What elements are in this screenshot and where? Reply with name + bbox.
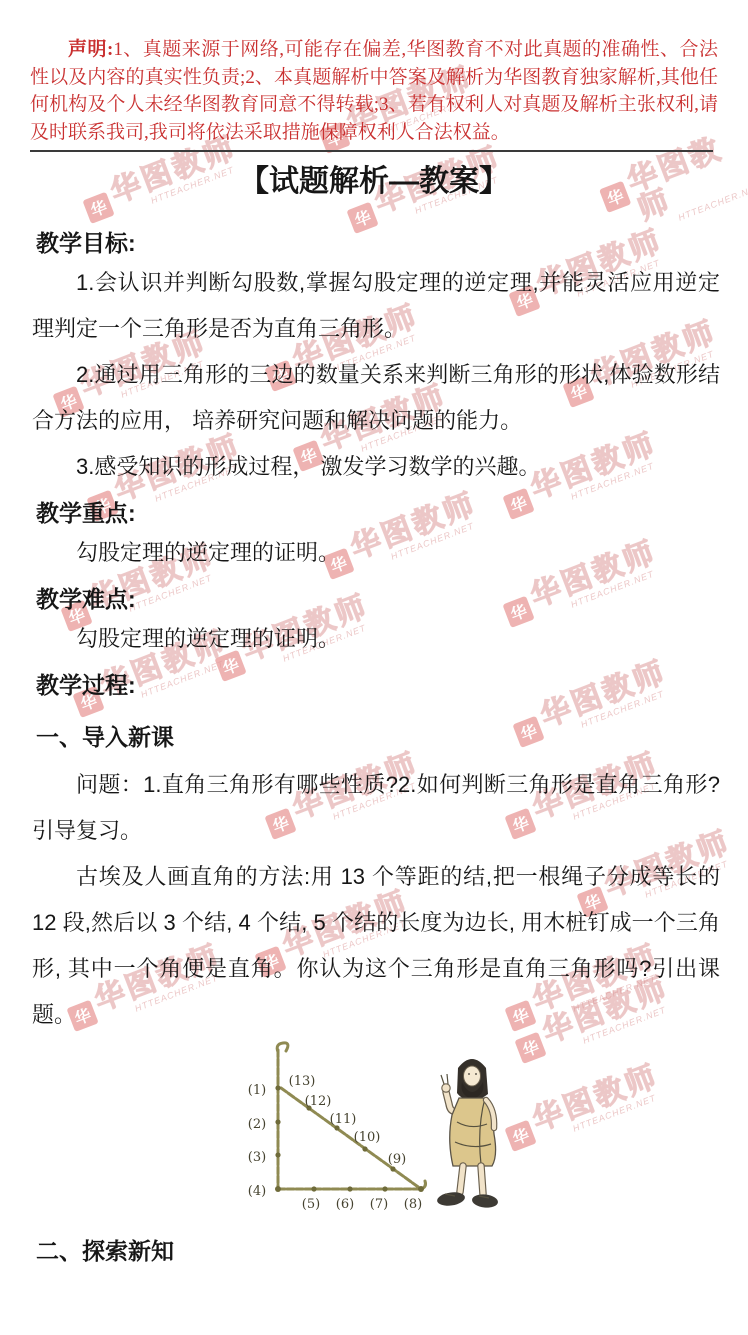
svg-text:(1): (1) — [248, 1083, 266, 1098]
svg-text:(2): (2) — [248, 1117, 266, 1132]
rope-hypotenuse — [281, 1088, 421, 1189]
paragraph-difficulties: 勾股定理的逆定理的证明。 — [32, 616, 720, 662]
svg-text:(3): (3) — [248, 1150, 266, 1165]
paragraph-objective-3: 3.感受知识的形成过程， 激发学习数学的兴趣。 — [32, 444, 720, 490]
svg-text:(7): (7) — [370, 1197, 388, 1212]
heading-process: 教学过程: — [36, 668, 718, 702]
paragraph-objective-2: 2.通过用三角形的三边的数量关系来判断三角形的形状,体验数形结合方法的应用， 培… — [32, 352, 720, 444]
page-root: 华华图教师HTTEACHER.NET华华图教师HTTEACHER.NET华华图教… — [0, 0, 748, 1335]
svg-text:(11): (11) — [330, 1112, 357, 1127]
heading-difficulties: 教学难点: — [36, 582, 718, 616]
rope-triangle: (1) (2) (3) (4) (5) (6) (7) (8) (13) (12… — [248, 1043, 426, 1212]
svg-text:(8): (8) — [404, 1197, 422, 1212]
divider-line — [30, 150, 713, 152]
disclaimer-text: 声明:1、真题来源于网络,可能存在偏差,华图教育不对此真题的准确性、合法性以及内… — [30, 0, 718, 146]
svg-text:(6): (6) — [336, 1197, 354, 1212]
disclaimer-label: 声明: — [68, 39, 113, 60]
heading-objectives: 教学目标: — [36, 226, 718, 260]
paragraph-key-points: 勾股定理的逆定理的证明。 — [32, 530, 720, 576]
rope-triangle-illustration: (1) (2) (3) (4) (5) (6) (7) (8) (13) (12… — [245, 1038, 521, 1216]
heading-section-1: 一、导入新课 — [36, 720, 718, 754]
svg-text:(10): (10) — [354, 1130, 381, 1145]
egyptian-man-sketch — [436, 1059, 498, 1209]
page-title: 【试题解析—教案】 — [0, 162, 748, 202]
heading-key-points: 教学重点: — [36, 496, 718, 530]
document-content: 声明:1、真题来源于网络,可能存在偏差,华图教育不对此真题的准确性、合法性以及内… — [0, 0, 748, 1268]
svg-text:(9): (9) — [388, 1152, 406, 1167]
svg-text:(12): (12) — [305, 1094, 332, 1109]
paragraph-section-1-questions: 问题：1.直角三角形有哪些性质?2.如何判断三角形是直角三角形?引导复习。 — [32, 762, 720, 854]
paragraph-objective-1: 1.会认识并判断勾股数,掌握勾股定理的逆定理,并能灵活应用逆定理判定一个三角形是… — [32, 260, 720, 352]
svg-text:(13): (13) — [289, 1074, 316, 1089]
disclaimer-body: 1、真题来源于网络,可能存在偏差,华图教育不对此真题的准确性、合法性以及内容的真… — [30, 39, 718, 143]
paragraph-section-1-egypt: 古埃及人画直角的方法:用 13 个等距的结,把一根绳子分成等长的 12 段,然后… — [32, 854, 720, 1038]
svg-text:(4): (4) — [248, 1184, 266, 1199]
heading-section-2: 二、探索新知 — [36, 1234, 718, 1268]
rope-triangle-svg: (1) (2) (3) (4) (5) (6) (7) (8) (13) (12… — [245, 1038, 521, 1216]
svg-text:(5): (5) — [302, 1197, 320, 1212]
knot-labels: (1) (2) (3) (4) (5) (6) (7) (8) (13) (12… — [248, 1074, 422, 1212]
